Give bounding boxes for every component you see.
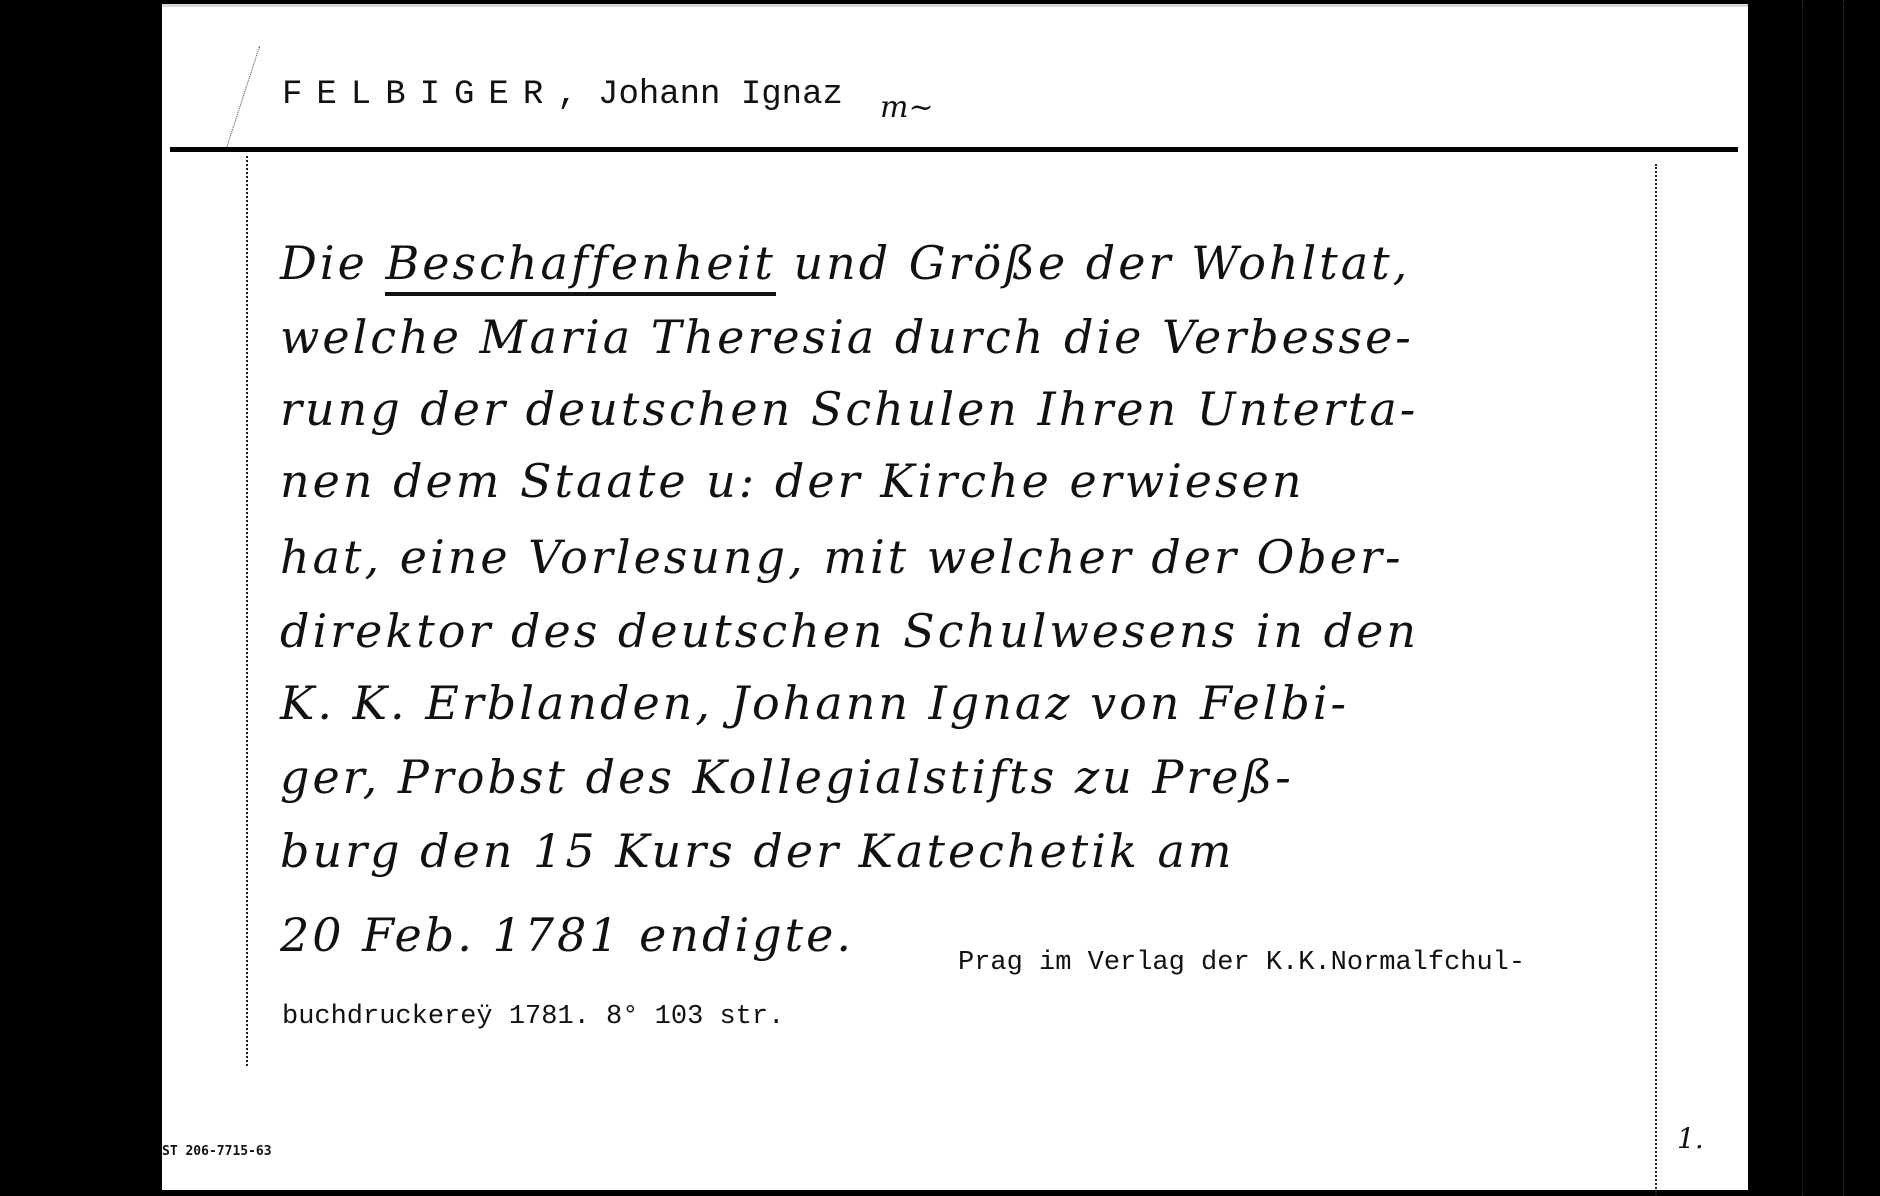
handwritten-line: direktor des deutschen Schulwesens in de… bbox=[280, 608, 1419, 654]
handwritten-line: Die Beschaffenheit und Größe der Wohltat… bbox=[280, 240, 1410, 286]
imprint-line-1: Prag im Verlag der K.K.Normalfchul- bbox=[958, 948, 1525, 978]
handwritten-line: K. K. Erblanden, Johann Ignaz von Felbi- bbox=[280, 680, 1349, 726]
scan-noise bbox=[1802, 0, 1844, 1196]
handwritten-line: nen dem Staate u: der Kirche erwiesen bbox=[280, 458, 1305, 504]
handwritten-line: rung der deutschen Schulen Ihren Unterta… bbox=[280, 386, 1418, 432]
card-heading: FELBIGER, Johann Ignaz bbox=[282, 76, 843, 114]
text: Die bbox=[280, 236, 385, 290]
handwritten-line: burg den 15 Kurs der Katechetik am bbox=[280, 828, 1235, 874]
imprint-line-2: buchdruckereÿ 1781. 8° 103 str. bbox=[282, 1002, 784, 1032]
pencil-mark bbox=[225, 46, 262, 152]
handwritten-line: 20 Feb. 1781 endigte. bbox=[280, 912, 854, 958]
handwritten-line: hat, eine Vorlesung, mit welcher der Obe… bbox=[280, 534, 1404, 580]
handwritten-line: ger, Probst des Kollegialstifts zu Preß- bbox=[280, 754, 1294, 800]
card-top-edge bbox=[162, 4, 1748, 7]
left-margin-line bbox=[246, 156, 248, 1066]
handwritten-mark: m~ bbox=[880, 90, 934, 125]
author-surname: FELBIGER bbox=[282, 76, 557, 114]
text: und Größe der Wohltat, bbox=[776, 236, 1410, 290]
catalog-card: FELBIGER, Johann Ignaz m~ Die Beschaffen… bbox=[162, 4, 1748, 1190]
right-margin-line bbox=[1655, 164, 1657, 1196]
underlined-word: Beschaffenheit bbox=[385, 236, 775, 296]
handwritten-line: welche Maria Theresia durch die Verbesse… bbox=[280, 314, 1414, 360]
header-rule bbox=[170, 147, 1738, 152]
page-marker: 1. bbox=[1677, 1122, 1704, 1155]
author-given-names: , Johann Ignaz bbox=[557, 76, 843, 114]
catalog-code: ST 206-7715-63 bbox=[162, 1144, 272, 1159]
